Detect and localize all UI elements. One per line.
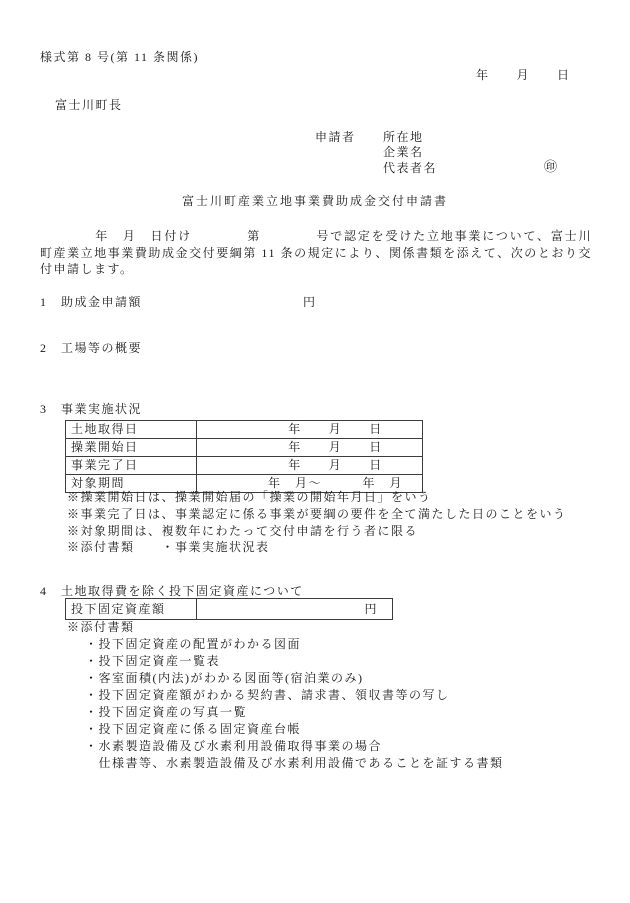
applicant-company-label: 企業名 bbox=[383, 145, 424, 160]
document-title: 富士川町産業立地事業費助成金交付申請書 bbox=[0, 194, 630, 209]
attachment-item: ・投下固定資産の写真一覧 bbox=[85, 704, 504, 721]
cell-value: 年 月 日 bbox=[197, 421, 422, 438]
attachment-item: ・投下固定資産額がわかる契約書、請求書、領収書等の写し bbox=[85, 687, 504, 704]
form-number: 様式第 8 号(第 11 条関係) bbox=[40, 50, 199, 65]
business-status-table: 土地取得日 年 月 日 操業開始日 年 月 日 事業完了日 年 月 日 対象期間… bbox=[65, 420, 423, 493]
cell-label: 土地取得日 bbox=[66, 421, 197, 438]
note-line: ※操業開始日は、操業開始届の「操業の開始年月日」をいう bbox=[67, 489, 567, 506]
body-paragraph: 年 月 日付け 第 号で認定を受けた立地事業について、富士川町産業立地事業費助成… bbox=[40, 228, 592, 278]
attachment-item: ・水素製造設備及び水素利用設備取得事業の場合 bbox=[85, 738, 504, 755]
applicant-address-label: 所在地 bbox=[383, 130, 424, 145]
cell-value: 年 月 日 bbox=[197, 439, 422, 456]
table-row-project-completion: 事業完了日 年 月 日 bbox=[66, 456, 422, 474]
applicant-representative-label: 代表者名 bbox=[383, 161, 437, 176]
invested-fixed-assets-table: 投下固定資産額 円 bbox=[65, 598, 393, 620]
cell-label: 事業完了日 bbox=[66, 457, 197, 474]
cell-value: 年 月 日 bbox=[197, 457, 422, 474]
applicant-label: 申請者 bbox=[315, 130, 356, 145]
table-row-land-acquisition: 土地取得日 年 月 日 bbox=[66, 421, 422, 438]
cell-value: 円 bbox=[197, 599, 392, 619]
seal-mark-icon: ㊞ bbox=[544, 159, 559, 174]
document-page: 様式第 8 号(第 11 条関係) 年 月 日 富士川町長 申請者 所在地 企業… bbox=[0, 0, 630, 903]
note-line: ※事業完了日は、事業認定に係る事業が要綱の要件を全て満たした日のことをいう bbox=[67, 506, 567, 523]
section4-heading: 4 土地取得費を除く投下固定資産について bbox=[40, 584, 304, 599]
attachment-item: 仕様書等、水素製造設備及び水素利用設備であることを証する書類 bbox=[85, 755, 504, 772]
note-line: ※添付書類 ・事業実施状況表 bbox=[67, 539, 567, 556]
attachments-label: ※添付書類 bbox=[67, 620, 135, 635]
section2-heading: 2 工場等の概要 bbox=[40, 341, 142, 356]
attachments-list: ・投下固定資産の配置がわかる図面 ・投下固定資産一覧表 ・客室面積(内法)がわか… bbox=[85, 636, 504, 772]
section1-currency-unit: 円 bbox=[303, 295, 317, 310]
attachment-item: ・投下固定資産一覧表 bbox=[85, 653, 504, 670]
note-line: ※対象期間は、複数年にわたって交付申請を行う者に限る bbox=[67, 523, 567, 540]
attachment-item: ・投下固定資産の配置がわかる図面 bbox=[85, 636, 504, 653]
table-row-operation-start: 操業開始日 年 月 日 bbox=[66, 438, 422, 456]
table-row-invested-assets-amount: 投下固定資産額 円 bbox=[66, 599, 392, 619]
date-blank-line: 年 月 日 bbox=[476, 68, 571, 83]
section1-heading: 1 助成金申請額 bbox=[40, 295, 142, 310]
section3-heading: 3 事業実施状況 bbox=[40, 402, 142, 417]
addressee: 富士川町長 bbox=[55, 98, 123, 113]
attachment-item: ・客室面積(内法)がわかる図面等(宿泊業のみ) bbox=[85, 670, 504, 687]
attachment-item: ・投下固定資産に係る固定資産台帳 bbox=[85, 721, 504, 738]
cell-label: 操業開始日 bbox=[66, 439, 197, 456]
cell-label: 投下固定資産額 bbox=[66, 599, 197, 619]
section3-notes: ※操業開始日は、操業開始届の「操業の開始年月日」をいう ※事業完了日は、事業認定… bbox=[67, 489, 567, 556]
